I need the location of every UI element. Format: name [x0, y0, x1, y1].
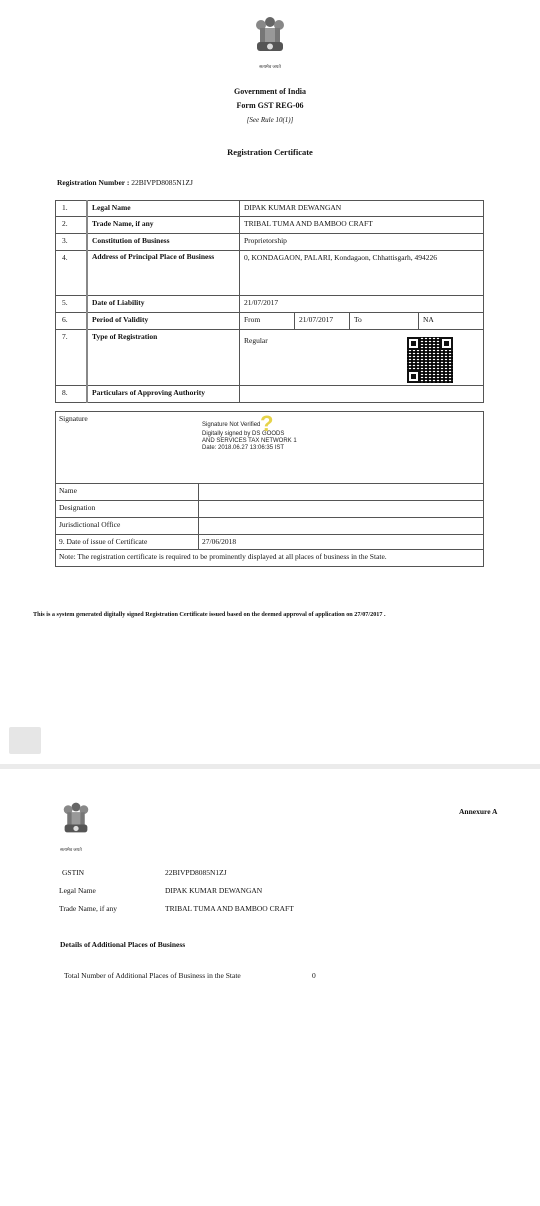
row-number: 8.: [56, 386, 88, 403]
signature-date: Date: 2018.06.27 13:06:35 IST: [202, 445, 297, 452]
gstin-label: GSTIN: [62, 868, 84, 877]
row-number: 1.: [56, 201, 88, 217]
validity-from-value: 21/07/2017: [295, 313, 350, 330]
row-number: 3.: [56, 234, 88, 251]
table-row: 4. Address of Principal Place of Busines…: [56, 251, 484, 296]
display-note: Note: The registration certificate is re…: [56, 550, 484, 567]
government-heading: Government of India: [0, 87, 540, 96]
signature-status: Signature Not Verified: [202, 422, 297, 429]
table-row: 8. Particulars of Approving Authority: [56, 386, 484, 403]
row-label: Date of Liability: [87, 296, 240, 313]
trade-name-value: TRIBAL TUMA AND BAMBOO CRAFT: [240, 217, 484, 234]
legal-name-label: Legal Name: [59, 886, 96, 895]
row-label: Trade Name, if any: [87, 217, 240, 234]
table-row: Note: The registration certificate is re…: [56, 550, 484, 567]
row-number: 4.: [56, 251, 88, 296]
table-row: Designation: [56, 501, 484, 518]
table-row: Jurisdictional Office: [56, 518, 484, 535]
row-number: 7.: [56, 330, 88, 386]
registration-details-table: 1. Legal Name DIPAK KUMAR DEWANGAN 2. Tr…: [55, 200, 484, 403]
designation-value: [199, 501, 484, 518]
name-value: [199, 484, 484, 501]
jurisdictional-office-label: Jurisdictional Office: [56, 518, 199, 535]
liability-date-value: 21/07/2017: [240, 296, 484, 313]
national-emblem-icon: [252, 14, 288, 62]
system-generated-note: This is a system generated digitally sig…: [33, 611, 386, 618]
row-label: Address of Principal Place of Business: [87, 251, 240, 296]
validity-from-label: From: [240, 313, 295, 330]
certificate-title: Registration Certificate: [0, 147, 540, 157]
additional-places-heading: Details of Additional Places of Business: [60, 940, 185, 949]
row-number: 5.: [56, 296, 88, 313]
page-thumbnail-button[interactable]: [9, 727, 41, 754]
signature-signer-line2: AND SERVICES TAX NETWORK 1: [202, 438, 297, 445]
emblem-motto: सत्यमेव जयते: [0, 64, 540, 70]
emblem-motto: सत्यमेव जयते: [60, 847, 82, 853]
trade-name-value: TRIBAL TUMA AND BAMBOO CRAFT: [165, 904, 294, 913]
jurisdictional-office-value: [199, 518, 484, 535]
table-row: 2. Trade Name, if any TRIBAL TUMA AND BA…: [56, 217, 484, 234]
question-mark-icon: ?: [260, 420, 273, 427]
registration-number-label: Registration Number :: [57, 178, 129, 187]
table-row: 6. Period of Validity From 21/07/2017 To…: [56, 313, 484, 330]
validity-to-label: To: [350, 313, 419, 330]
approval-table: Signature ? Signature Not Verified Digit…: [55, 411, 484, 567]
row-number: 2.: [56, 217, 88, 234]
issue-date-label: 9. Date of issue of Certificate: [56, 535, 199, 550]
row-number: 6.: [56, 313, 88, 330]
row-label: Constitution of Business: [87, 234, 240, 251]
name-label: Name: [56, 484, 199, 501]
table-row: 5. Date of Liability 21/07/2017: [56, 296, 484, 313]
table-row: Name: [56, 484, 484, 501]
constitution-value: Proprietorship: [240, 234, 484, 251]
signature-row: Signature ? Signature Not Verified Digit…: [56, 412, 484, 484]
table-row: 3. Constitution of Business Proprietorsh…: [56, 234, 484, 251]
table-row: 1. Legal Name DIPAK KUMAR DEWANGAN: [56, 201, 484, 217]
row-label: Legal Name: [87, 201, 240, 217]
digital-signature: ? Signature Not Verified Digitally signe…: [202, 422, 297, 452]
table-row: 7. Type of Registration Regular: [56, 330, 484, 386]
trade-name-label: Trade Name, if any: [59, 904, 117, 913]
gstin-value: 22BIVPD8085N1ZJ: [165, 868, 227, 877]
issue-date-value: 27/06/2018: [199, 535, 484, 550]
qr-code-icon: [407, 337, 453, 383]
registration-number-value: 22BIVPD8085N1ZJ: [131, 178, 193, 187]
row-label: Period of Validity: [87, 313, 240, 330]
approving-authority-value: [240, 386, 484, 403]
form-title: Form GST REG-06: [0, 101, 540, 110]
additional-places-count-value: 0: [312, 971, 316, 980]
signature-label: Signature: [59, 414, 88, 423]
rule-reference: [See Rule 10(1)]: [0, 116, 540, 124]
row-label: Type of Registration: [87, 330, 240, 386]
national-emblem-icon: [60, 800, 92, 842]
validity-to-value: NA: [419, 313, 484, 330]
registration-number: Registration Number : 22BIVPD8085N1ZJ: [57, 178, 193, 187]
signature-cell: Signature ? Signature Not Verified Digit…: [56, 412, 484, 484]
registration-type-cell: Regular: [240, 330, 484, 386]
additional-places-count-label: Total Number of Additional Places of Bus…: [64, 971, 241, 980]
annexure-title: Annexure A: [459, 807, 497, 816]
signature-signer-line1: Digitally signed by DS GOODS: [202, 431, 297, 438]
table-row: 9. Date of issue of Certificate 27/06/20…: [56, 535, 484, 550]
address-value: 0, KONDAGAON, PALARI, Kondagaon, Chhatti…: [240, 251, 484, 296]
designation-label: Designation: [56, 501, 199, 518]
row-label: Particulars of Approving Authority: [87, 386, 240, 403]
page-divider: [0, 764, 540, 769]
legal-name-value: DIPAK KUMAR DEWANGAN: [165, 886, 262, 895]
legal-name-value: DIPAK KUMAR DEWANGAN: [240, 201, 484, 217]
